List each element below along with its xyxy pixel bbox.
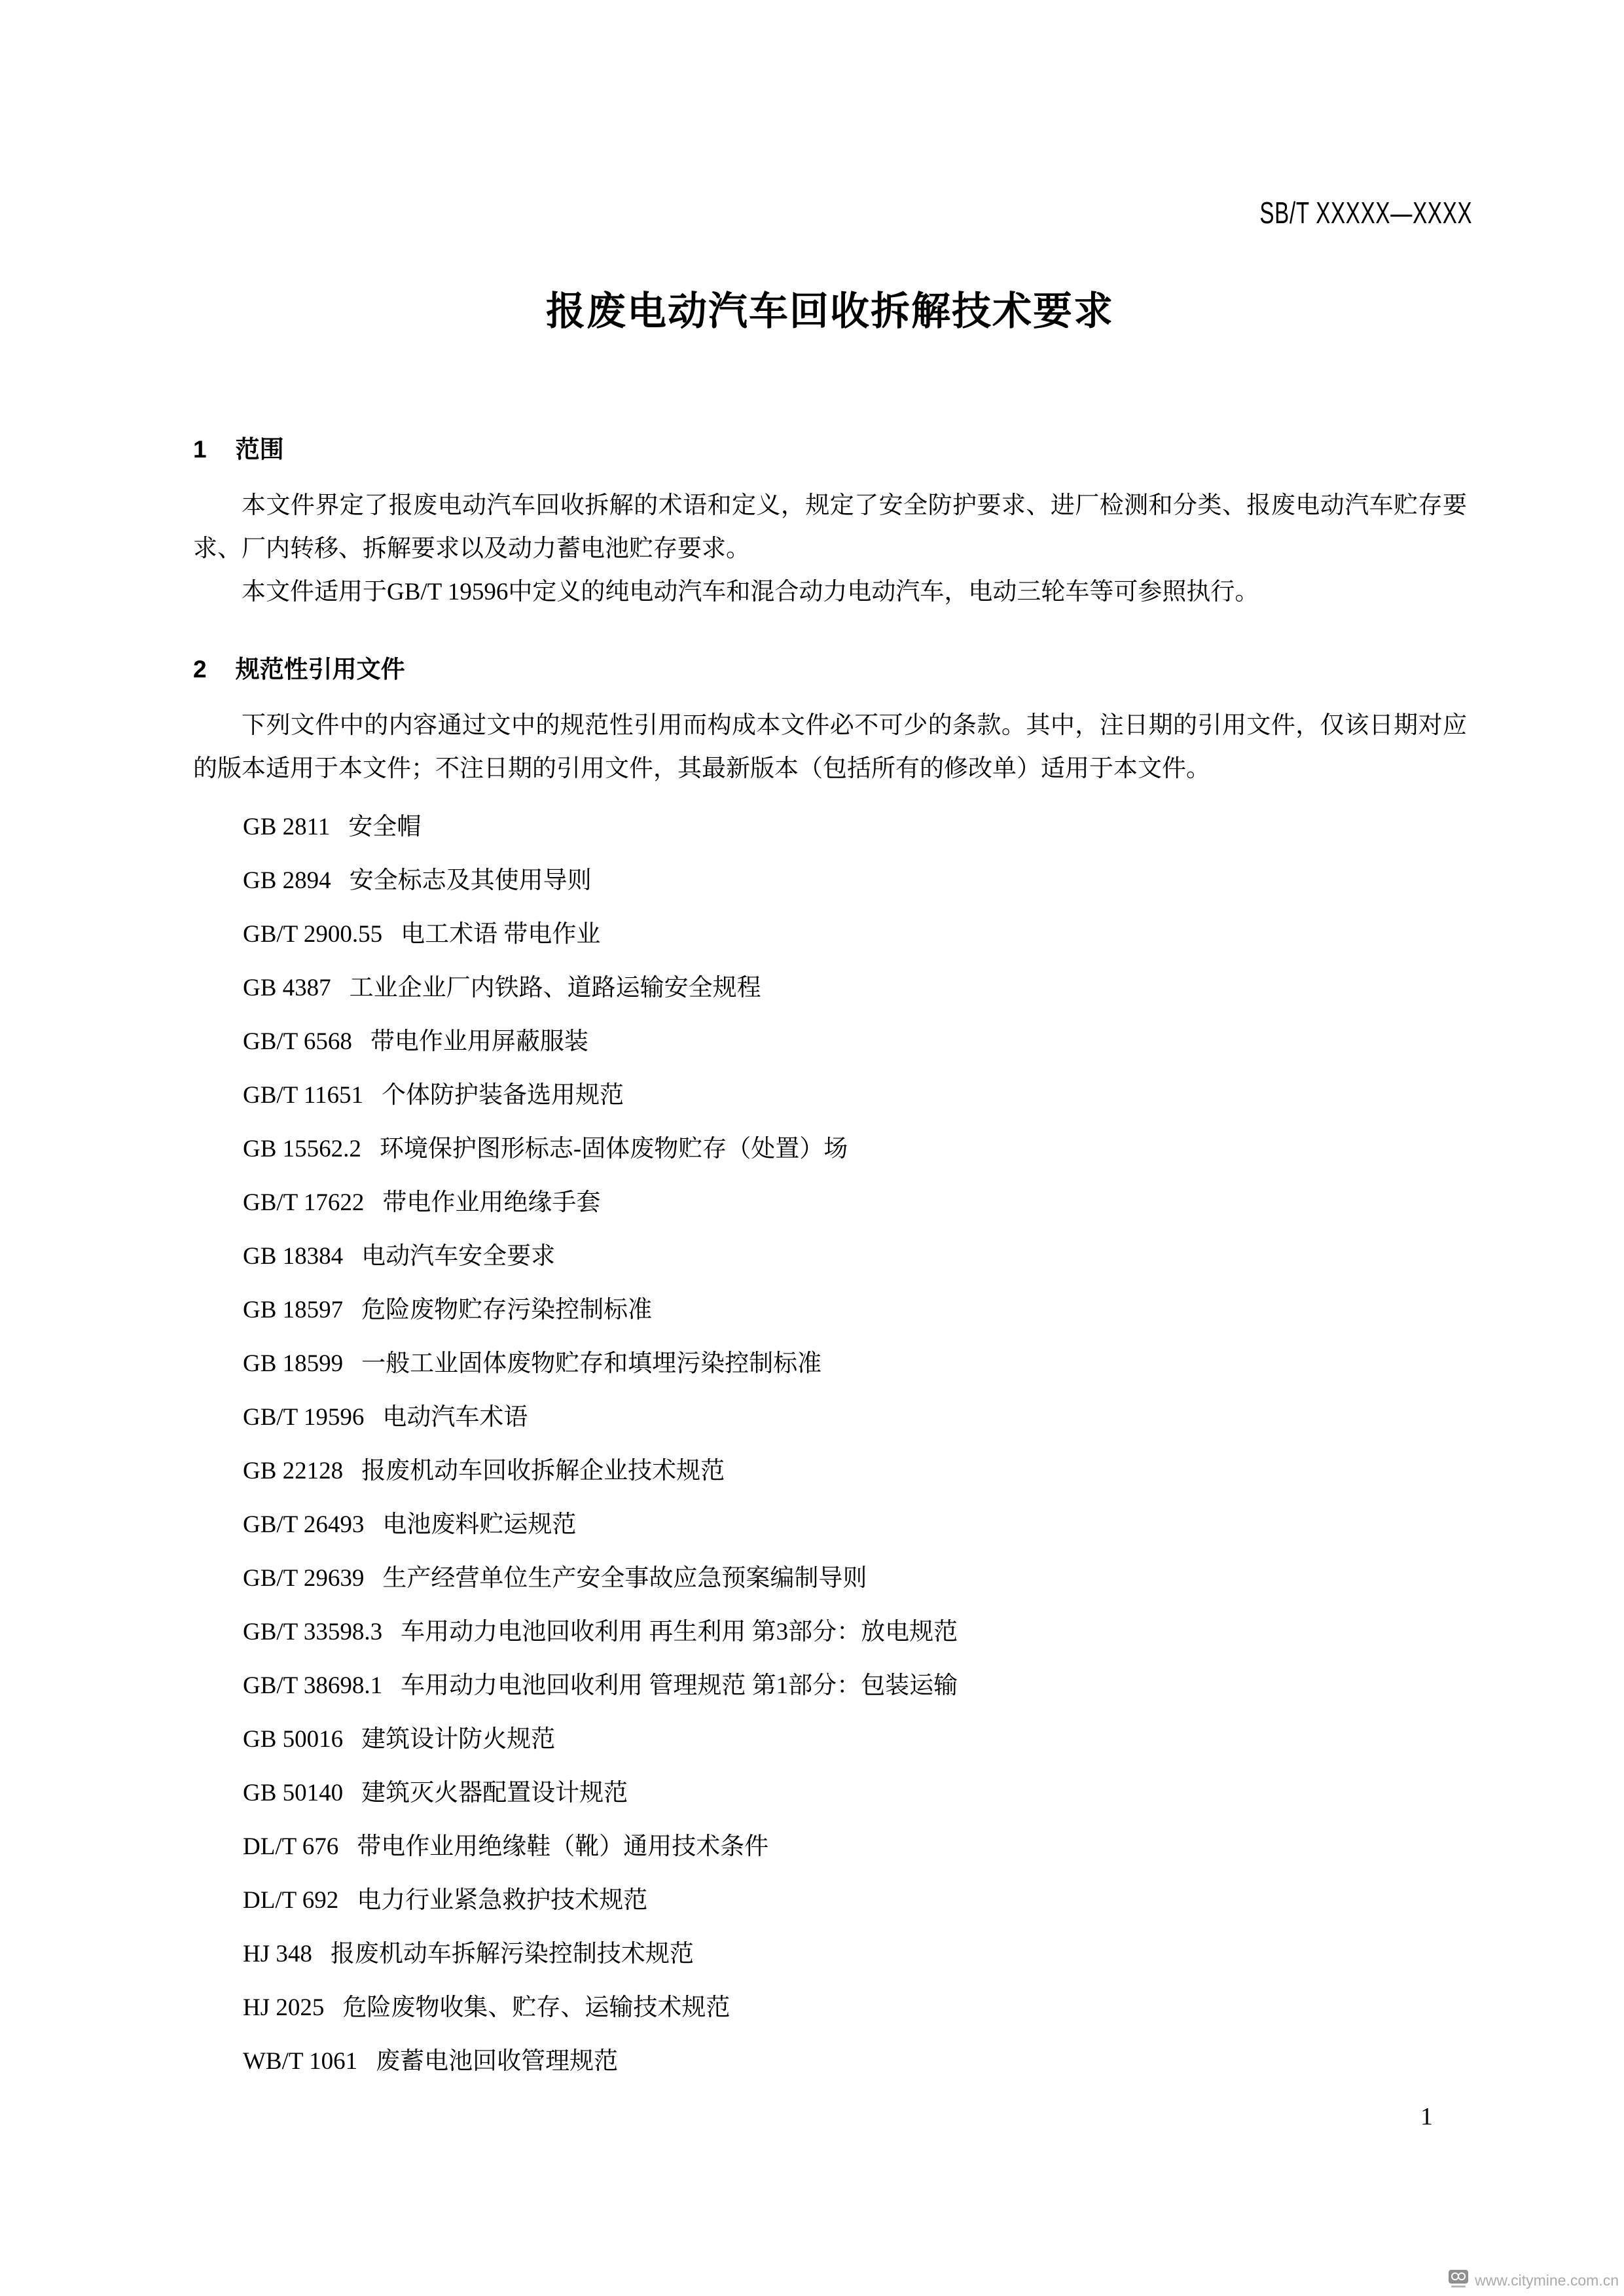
reference-code: GB/T 26493 — [243, 1508, 364, 1542]
reference-title: 电工术语 带电作业 — [401, 921, 600, 948]
watermark: www.citymine.com.cn — [1447, 2269, 1619, 2292]
standard-code: SB/T XXXXX—XXXX — [1259, 195, 1472, 230]
reference-title: 环境保护图形标志-固体废物贮存（处置）场 — [380, 1136, 848, 1162]
reference-item: GB 22128报废机动车回收拆解企业技术规范 — [193, 1454, 1467, 1488]
reference-title: 车用动力电池回收利用 再生利用 第3部分：放电规范 — [401, 1619, 958, 1645]
watermark-url-text: www.citymine.com.cn — [1475, 2272, 1619, 2289]
reference-code: GB/T 17622 — [243, 1186, 364, 1220]
reference-title: 报废机动车回收拆解企业技术规范 — [361, 1458, 725, 1484]
reference-code: WB/T 1061 — [243, 2045, 357, 2079]
page-number: 1 — [1420, 2102, 1433, 2131]
reference-item: GB 18384电动汽车安全要求 — [193, 1240, 1467, 1274]
reference-title: 带电作业用绝缘鞋（靴）通用技术条件 — [357, 1833, 768, 1860]
reference-title: 废蓄电池回收管理规范 — [376, 2048, 618, 2075]
reference-item: GB 15562.2环境保护图形标志-固体废物贮存（处置）场 — [193, 1132, 1467, 1166]
reference-code: GB/T 2900.55 — [243, 918, 382, 952]
reference-title: 工业企业厂内铁路、道路运输安全规程 — [350, 975, 761, 1001]
reference-code: GB 50016 — [243, 1723, 343, 1757]
reference-code: GB 2894 — [243, 864, 331, 898]
reference-title: 电动汽车术语 — [382, 1404, 528, 1431]
paragraph: 本文件界定了报废电动汽车回收拆解的术语和定义，规定了安全防护要求、进厂检测和分类… — [193, 484, 1467, 571]
reference-title: 安全帽 — [348, 814, 421, 840]
citymine-logo-icon — [1447, 2269, 1470, 2292]
reference-item: GB 18599一般工业固体废物贮存和填埋污染控制标准 — [193, 1347, 1467, 1381]
reference-code: GB/T 6568 — [243, 1025, 352, 1059]
reference-item: GB/T 29639生产经营单位生产安全事故应急预案编制导则 — [193, 1562, 1467, 1596]
reference-title: 个体防护装备选用规范 — [382, 1082, 624, 1109]
reference-item: HJ 348报废机动车拆解污染控制技术规范 — [193, 1937, 1467, 1971]
paragraph: 本文件适用于GB/T 19596中定义的纯电动汽车和混合动力电动汽车，电动三轮车… — [193, 571, 1467, 614]
reference-code: GB/T 19596 — [243, 1401, 364, 1435]
reference-item: GB/T 26493电池废料贮运规范 — [193, 1508, 1467, 1542]
section-2-body: 下列文件中的内容通过文中的规范性引用而构成本文件必不可少的条款。其中，注日期的引… — [193, 704, 1467, 791]
section-1-number: 1 — [193, 432, 207, 467]
reference-code: GB 18384 — [243, 1240, 343, 1274]
reference-code: HJ 2025 — [243, 1991, 324, 2025]
reference-code: GB/T 33598.3 — [243, 1615, 382, 1649]
reference-title: 带电作业用屏蔽服装 — [370, 1028, 588, 1055]
reference-title: 带电作业用绝缘手套 — [382, 1189, 600, 1216]
reference-item: GB/T 11651个体防护装备选用规范 — [193, 1079, 1467, 1113]
reference-item: GB/T 6568带电作业用屏蔽服装 — [193, 1025, 1467, 1059]
reference-code: HJ 348 — [243, 1937, 312, 1971]
paragraph: 下列文件中的内容通过文中的规范性引用而构成本文件必不可少的条款。其中，注日期的引… — [193, 704, 1467, 791]
reference-item: GB 50016建筑设计防火规范 — [193, 1723, 1467, 1757]
reference-title: 危险废物收集、贮存、运输技术规范 — [342, 1994, 730, 2021]
reference-code: GB 15562.2 — [243, 1132, 361, 1166]
reference-title: 车用动力电池回收利用 管理规范 第1部分：包装运输 — [401, 1672, 958, 1699]
reference-code: GB 2811 — [243, 810, 330, 844]
reference-title: 电动汽车安全要求 — [361, 1243, 555, 1270]
section-1-title: 范围 — [236, 436, 284, 463]
reference-item: GB 18597危险废物贮存污染控制标准 — [193, 1293, 1467, 1327]
section-2-title: 规范性引用文件 — [236, 656, 405, 683]
section-2-number: 2 — [193, 652, 207, 687]
reference-code: GB 18597 — [243, 1293, 343, 1327]
reference-title: 报废机动车拆解污染控制技术规范 — [331, 1941, 694, 1967]
reference-code: GB 18599 — [243, 1347, 343, 1381]
reference-item: GB/T 33598.3车用动力电池回收利用 再生利用 第3部分：放电规范 — [193, 1615, 1467, 1649]
reference-title: 建筑灭火器配置设计规范 — [361, 1780, 628, 1806]
reference-title: 电力行业紧急救护技术规范 — [357, 1887, 647, 1914]
reference-code: GB 50140 — [243, 1776, 343, 1810]
document-page: SB/T XXXXX—XXXX 报废电动汽车回收拆解技术要求 1范围 本文件界定… — [0, 0, 1624, 2296]
reference-code: GB/T 11651 — [243, 1079, 363, 1113]
reference-item: GB 2894安全标志及其使用导则 — [193, 864, 1467, 898]
reference-title: 生产经营单位生产安全事故应急预案编制导则 — [382, 1565, 867, 1592]
reference-title: 建筑设计防火规范 — [361, 1726, 555, 1753]
section-1-heading: 1范围 — [193, 432, 1467, 467]
reference-code: DL/T 676 — [243, 1830, 338, 1864]
reference-item: GB/T 2900.55电工术语 带电作业 — [193, 918, 1467, 952]
reference-item: GB 4387工业企业厂内铁路、道路运输安全规程 — [193, 971, 1467, 1005]
reference-item: GB/T 17622带电作业用绝缘手套 — [193, 1186, 1467, 1220]
page-title: 报废电动汽车回收拆解技术要求 — [193, 288, 1467, 335]
reference-item: GB/T 38698.1车用动力电池回收利用 管理规范 第1部分：包装运输 — [193, 1669, 1467, 1703]
reference-title: 一般工业固体废物贮存和填埋污染控制标准 — [361, 1350, 821, 1377]
reference-title: 危险废物贮存污染控制标准 — [361, 1297, 652, 1323]
reference-title: 安全标志及其使用导则 — [350, 867, 592, 894]
reference-title: 电池废料贮运规范 — [382, 1511, 576, 1538]
reference-code: GB/T 29639 — [243, 1562, 364, 1596]
reference-item: GB 50140建筑灭火器配置设计规范 — [193, 1776, 1467, 1810]
reference-item: HJ 2025危险废物收集、贮存、运输技术规范 — [193, 1991, 1467, 2025]
section-2-heading: 2规范性引用文件 — [193, 652, 1467, 687]
reference-item: WB/T 1061废蓄电池回收管理规范 — [193, 2045, 1467, 2079]
reference-item: DL/T 676带电作业用绝缘鞋（靴）通用技术条件 — [193, 1830, 1467, 1864]
reference-code: GB/T 38698.1 — [243, 1669, 382, 1703]
reference-item: DL/T 692电力行业紧急救护技术规范 — [193, 1884, 1467, 1918]
reference-code: GB 22128 — [243, 1454, 343, 1488]
reference-code: GB 4387 — [243, 971, 331, 1005]
reference-item: GB 2811安全帽 — [193, 810, 1467, 844]
reference-item: GB/T 19596电动汽车术语 — [193, 1401, 1467, 1435]
document-content: 报废电动汽车回收拆解技术要求 1范围 本文件界定了报废电动汽车回收拆解的术语和定… — [0, 0, 1624, 2079]
reference-code: DL/T 692 — [243, 1884, 338, 1918]
references-list: GB 2811安全帽 GB 2894安全标志及其使用导则 GB/T 2900.5… — [193, 810, 1467, 2079]
section-1-body: 本文件界定了报废电动汽车回收拆解的术语和定义，规定了安全防护要求、进厂检测和分类… — [193, 484, 1467, 614]
